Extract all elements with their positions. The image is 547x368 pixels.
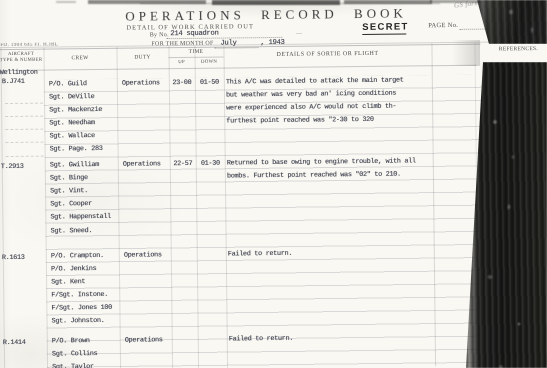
details-line: Failed to return. <box>229 334 293 343</box>
crew-name: P/O. Brown <box>52 337 90 345</box>
aircraft-ruled-dash <box>6 142 44 143</box>
crew-name: Sgt. Taylor <box>52 363 94 368</box>
crew-name: Sgt. Cooper <box>50 200 92 208</box>
column-line <box>0 48 5 368</box>
month-value: July <box>220 39 236 47</box>
duty-cell: Operations <box>123 160 161 168</box>
crew-name: Sgt. Page. 283 <box>50 145 103 154</box>
top-edge-smudge <box>430 0 480 3</box>
crew-name: P/O. Jenkins <box>51 265 96 274</box>
duty-cell: Operations <box>124 251 162 259</box>
aircraft-ruled-dash <box>5 103 43 104</box>
crew-name: Sgt. Kent <box>51 278 85 286</box>
crew-name: F/Sgt. Jones 100 <box>51 304 112 313</box>
col-details: DETAILS OF SORTIE OR FLIGHT <box>224 50 432 58</box>
col-aircraft-line1: AIRCRAFT <box>0 52 44 58</box>
page-number-underline <box>459 29 485 30</box>
aircraft-serial: T.2913 <box>1 163 24 171</box>
secret-stamp: SECRET <box>362 21 406 34</box>
crew-name: Sgt. Binge <box>50 174 88 182</box>
duty-cell: Operations <box>125 336 163 344</box>
dash-mark: — <box>292 31 306 37</box>
col-duty: DUTY <box>117 54 169 61</box>
details-line: Failed to return. <box>228 249 292 258</box>
crew-name: Sgt. Collins <box>52 350 97 359</box>
crew-name: P/O. Crampton. <box>51 251 104 260</box>
top-edge-smudge <box>56 1 76 3</box>
time-up-cell: 22-57 <box>171 160 195 168</box>
duty-cell: Operations <box>122 79 160 87</box>
page-number-label: PAGE No. <box>428 22 462 29</box>
aircraft-serial: R.1613 <box>2 253 25 261</box>
time-down-cell: 01-30 <box>197 160 224 168</box>
header-bottom-border <box>0 65 477 71</box>
col-crew: CREW <box>44 55 117 62</box>
year-value: , 1943 <box>260 39 284 47</box>
crew-name: P/O. Guild <box>49 80 87 88</box>
crew-name: Sgt. DeVille <box>49 93 94 102</box>
aircraft-serial: B.J741 <box>2 77 25 85</box>
details-line: furthest point reached was "2-30 to 320 <box>226 116 373 126</box>
crew-name: Sgt. Happenstall <box>50 213 111 222</box>
col-time-up: UP <box>169 60 195 65</box>
col-time: TIME <box>168 49 223 56</box>
aircraft-ruled-dash <box>5 116 43 117</box>
top-edge-smudge <box>140 3 440 4</box>
col-aircraft-line2: TYPE & NUMBER <box>0 58 44 64</box>
time-up-cell: 23-00 <box>170 78 194 86</box>
col-time-down: DOWN <box>195 60 224 65</box>
aircraft-ruled-dash <box>6 155 44 156</box>
crew-name: Sgt. Vint. <box>50 187 88 195</box>
month-label: FOR THE MONTH OF <box>151 41 213 48</box>
crew-name: Sgt. Needham <box>49 119 94 128</box>
crew-name: Sgt. Gwilliam <box>50 161 99 170</box>
scanned-page: FO. 1904 645 FI. H.JBL OPERATIONS RECORD… <box>0 0 547 368</box>
crew-name: F/Sgt. Instone. <box>51 291 108 300</box>
crew-name: Sgt. Mackenzie <box>49 106 102 115</box>
aircraft-serial: R.1414 <box>3 338 26 346</box>
page-curl-shadow <box>452 40 480 66</box>
crew-name: Sgt. Sneed. <box>50 227 92 235</box>
crew-name: Sgt. Johnston. <box>52 317 105 326</box>
col-references: REFERENCES. <box>492 46 544 53</box>
scanner-shadow-band-top <box>477 0 547 44</box>
aircraft-serial: Wellington <box>0 69 38 77</box>
time-header-underline <box>169 57 224 59</box>
crew-name: Sgt. Wallace <box>49 132 94 141</box>
aircraft-ruled-dash <box>5 129 43 130</box>
time-down-cell: 01-50 <box>196 78 223 86</box>
